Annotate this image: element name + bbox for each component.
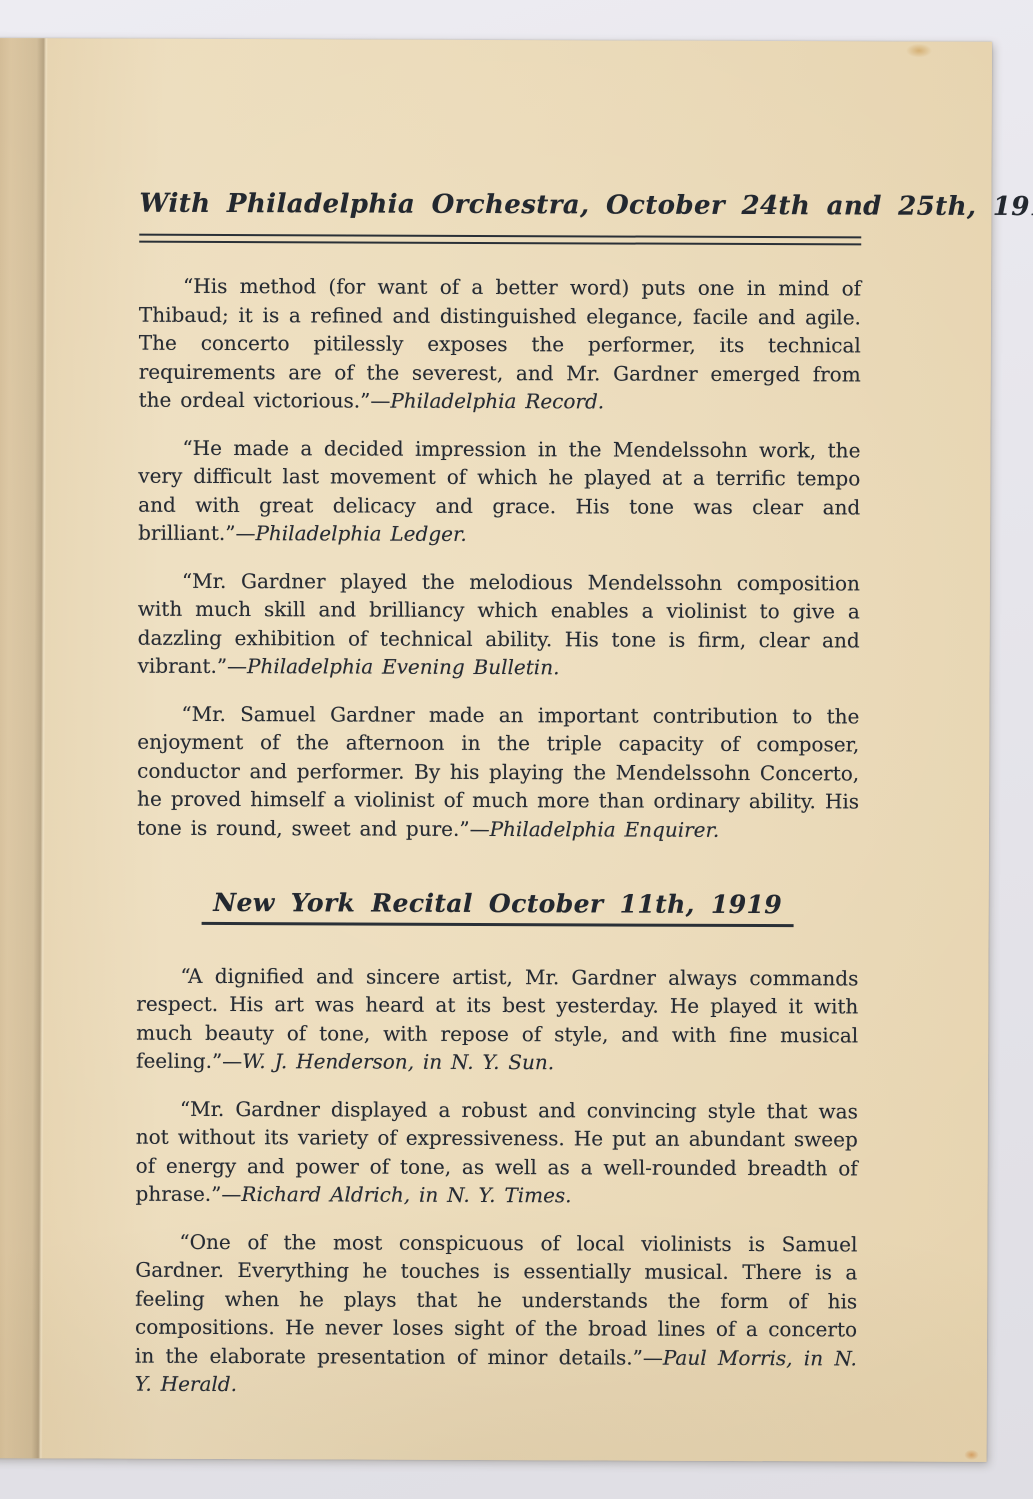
quote-source: Philadelphia Evening Bulletin. [247, 654, 559, 679]
quote-source: Philadelphia Record. [390, 389, 604, 414]
fold-crease [0, 38, 48, 1458]
title-double-rule [139, 234, 861, 246]
printed-content: With Philadelphia Orchestra, October 24t… [135, 39, 862, 1401]
paper-stain [965, 1450, 979, 1460]
page-sheet: With Philadelphia Orchestra, October 24t… [0, 38, 992, 1462]
quote-paragraph: “Mr. Gardner played the melodious Mendel… [138, 566, 860, 683]
quote-source: Philadelphia Ledger. [255, 521, 466, 546]
quote-source: Philadelphia Enquirer. [490, 817, 720, 842]
quote-paragraph: “A dignified and sincere artist, Mr. Gar… [136, 961, 858, 1078]
paper-stain [906, 44, 932, 58]
section-title-newyork: New York Recital October 11th, 1919 [201, 888, 794, 927]
quote-paragraph: “Mr. Samuel Gardner made an important co… [137, 699, 860, 844]
quote-paragraph: “One of the most conspicuous of local vi… [135, 1227, 858, 1401]
quote-paragraph: “He made a decided impression in the Men… [138, 433, 860, 550]
quote-paragraph: “His method (for want of a better word) … [139, 272, 862, 417]
section-title-philadelphia: With Philadelphia Orchestra, October 24t… [139, 189, 861, 222]
section-title-row: New York Recital October 11th, 1919 [137, 867, 859, 948]
quote-source: W. J. Henderson, in N. Y. Sun. [242, 1049, 554, 1074]
quote-text: “He made a decided impression in the Men… [138, 435, 860, 545]
quote-paragraph: “Mr. Gardner displayed a robust and conv… [136, 1094, 858, 1211]
quote-source: Richard Aldrich, in N. Y. Times. [241, 1182, 571, 1207]
scanner-background: With Philadelphia Orchestra, October 24t… [0, 0, 1033, 1499]
